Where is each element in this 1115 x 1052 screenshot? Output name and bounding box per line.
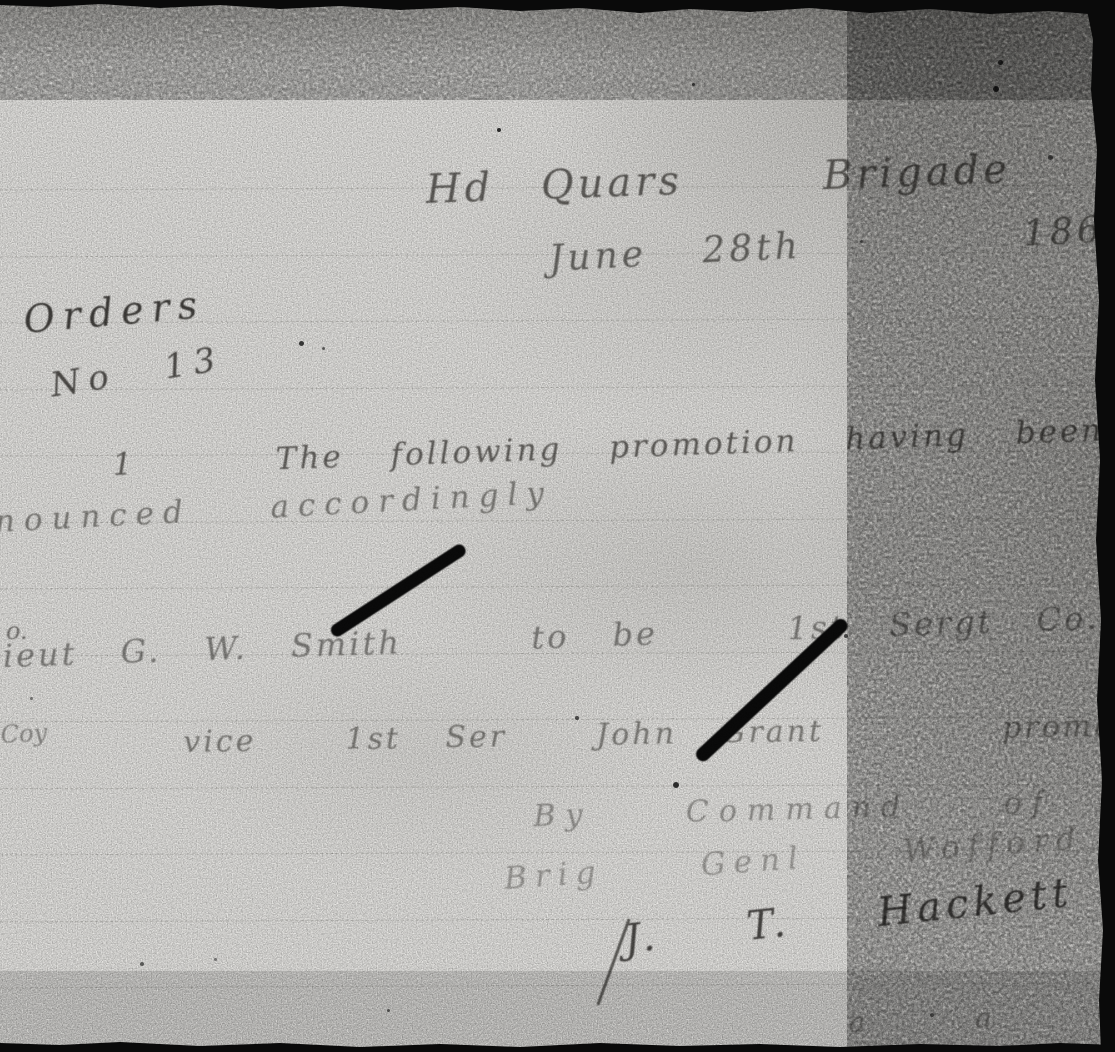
ink-spot xyxy=(575,716,579,720)
ink-spot xyxy=(214,958,217,961)
ink-spot xyxy=(497,128,501,132)
ink-spot xyxy=(692,83,695,86)
ink-spot xyxy=(860,240,863,243)
ink-spot xyxy=(673,782,679,788)
document-scan-page: Hd Quars Brigade June 28th 1864 Orders N… xyxy=(0,0,1115,1052)
ink-spot xyxy=(998,60,1003,65)
ink-spot xyxy=(322,347,325,350)
ink-spot xyxy=(1048,155,1053,160)
ink-spot xyxy=(299,341,304,346)
ink-spot xyxy=(140,962,144,966)
ink-spot xyxy=(30,697,33,700)
ink-spots-layer xyxy=(0,0,1115,1052)
ink-spot xyxy=(387,1009,390,1012)
ink-spot xyxy=(930,1013,934,1017)
ink-spot xyxy=(844,634,848,638)
ink-spot xyxy=(993,86,999,92)
